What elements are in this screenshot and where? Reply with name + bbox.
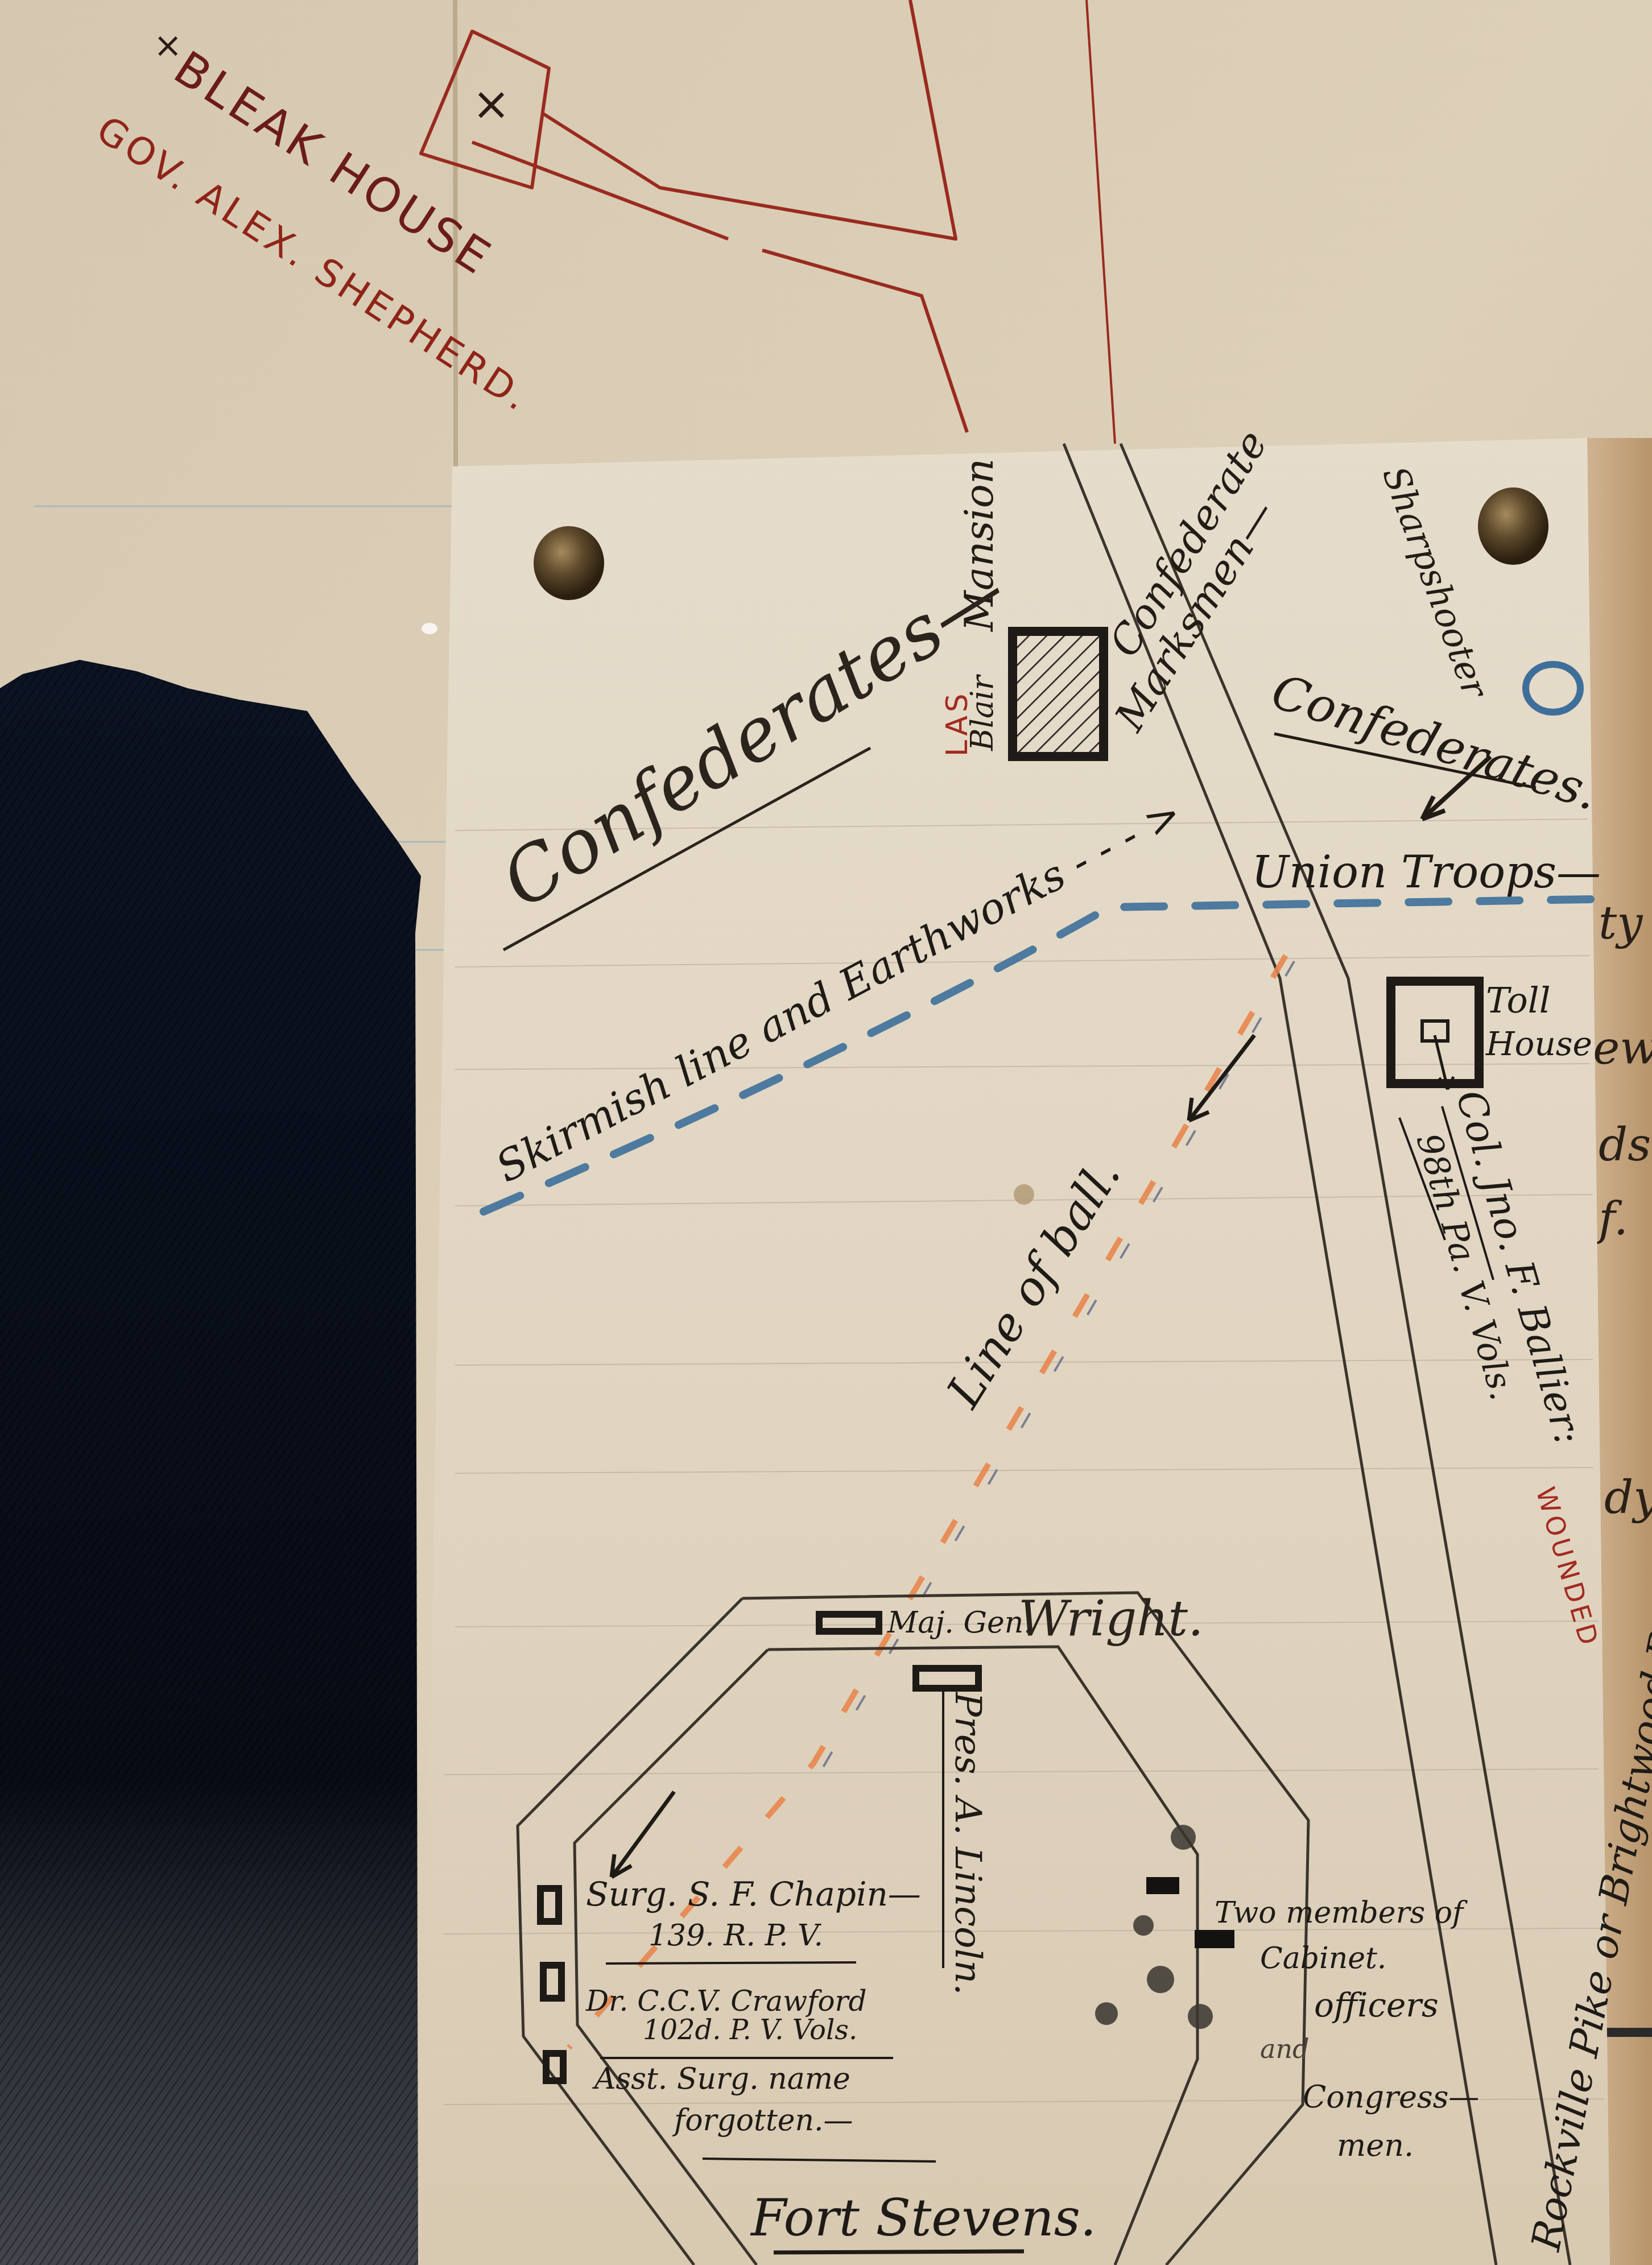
svg-text:ty: ty [1599,896,1643,949]
surgeon-chapin-regiment: 139. R. P. V. [649,1919,823,1953]
brass-pin-right [1478,487,1548,565]
officers-label-3: Congress— [1303,2079,1479,2115]
cabinet-member-icon [1195,1930,1234,1948]
toll-label-1: Toll [1486,979,1551,1021]
cabinet-label-1: Two members of [1215,1896,1468,1930]
glare [422,623,437,634]
bleak-house-marker: × [472,77,514,130]
stain [1014,1184,1034,1205]
fort-stevens-title: Fort Stevens. [750,2188,1096,2248]
union-troops-label: Union Troops— [1252,847,1601,898]
officers-label-1: officers [1314,1986,1439,2024]
brass-pin-left [534,526,604,600]
svg-text:f.: f. [1596,1192,1628,1245]
surgeon-crawford-label: Dr. C.C.V. Crawford [585,1985,866,2018]
toll-label-2: House [1485,1024,1592,1063]
fabric-texture [0,660,421,2265]
svg-text:ds.: ds. [1599,1118,1652,1171]
assistant-surgeon-label: Asst. Surg. name [592,2062,850,2096]
cabinet-label-2: Cabinet. [1260,1941,1386,1975]
svg-text:dy: dy [1604,1471,1652,1524]
maj-gen-label: Maj. Gen. [887,1606,1033,1640]
officers-label-4: men. [1337,2127,1414,2163]
wright-label: Wright. [1018,1590,1203,1647]
divider [606,1962,856,1964]
assistant-surgeon-note: forgotten.— [672,2103,853,2138]
svg-text:ew: ew [1593,1022,1652,1074]
las-label: LAS [940,690,974,757]
blair-mansion-icon [1013,631,1104,757]
surgeon-crawford-regiment: 102d. P. V. Vols. [643,2014,857,2046]
underline [774,2251,1024,2252]
officers-label-2: and [1260,2033,1310,2064]
surgeon-chapin-label: Surg. S. F. Chapin— [586,1875,921,1913]
cabinet-member-icon [1146,1877,1179,1894]
map-photograph: × × BLEAK HOUSE GOV. ALEX. SHEPHERD. ty … [0,0,1652,2265]
president-lincoln-label: Pres. A. Lincoln. [947,1692,989,1995]
bleak-house-x: × [154,26,185,65]
